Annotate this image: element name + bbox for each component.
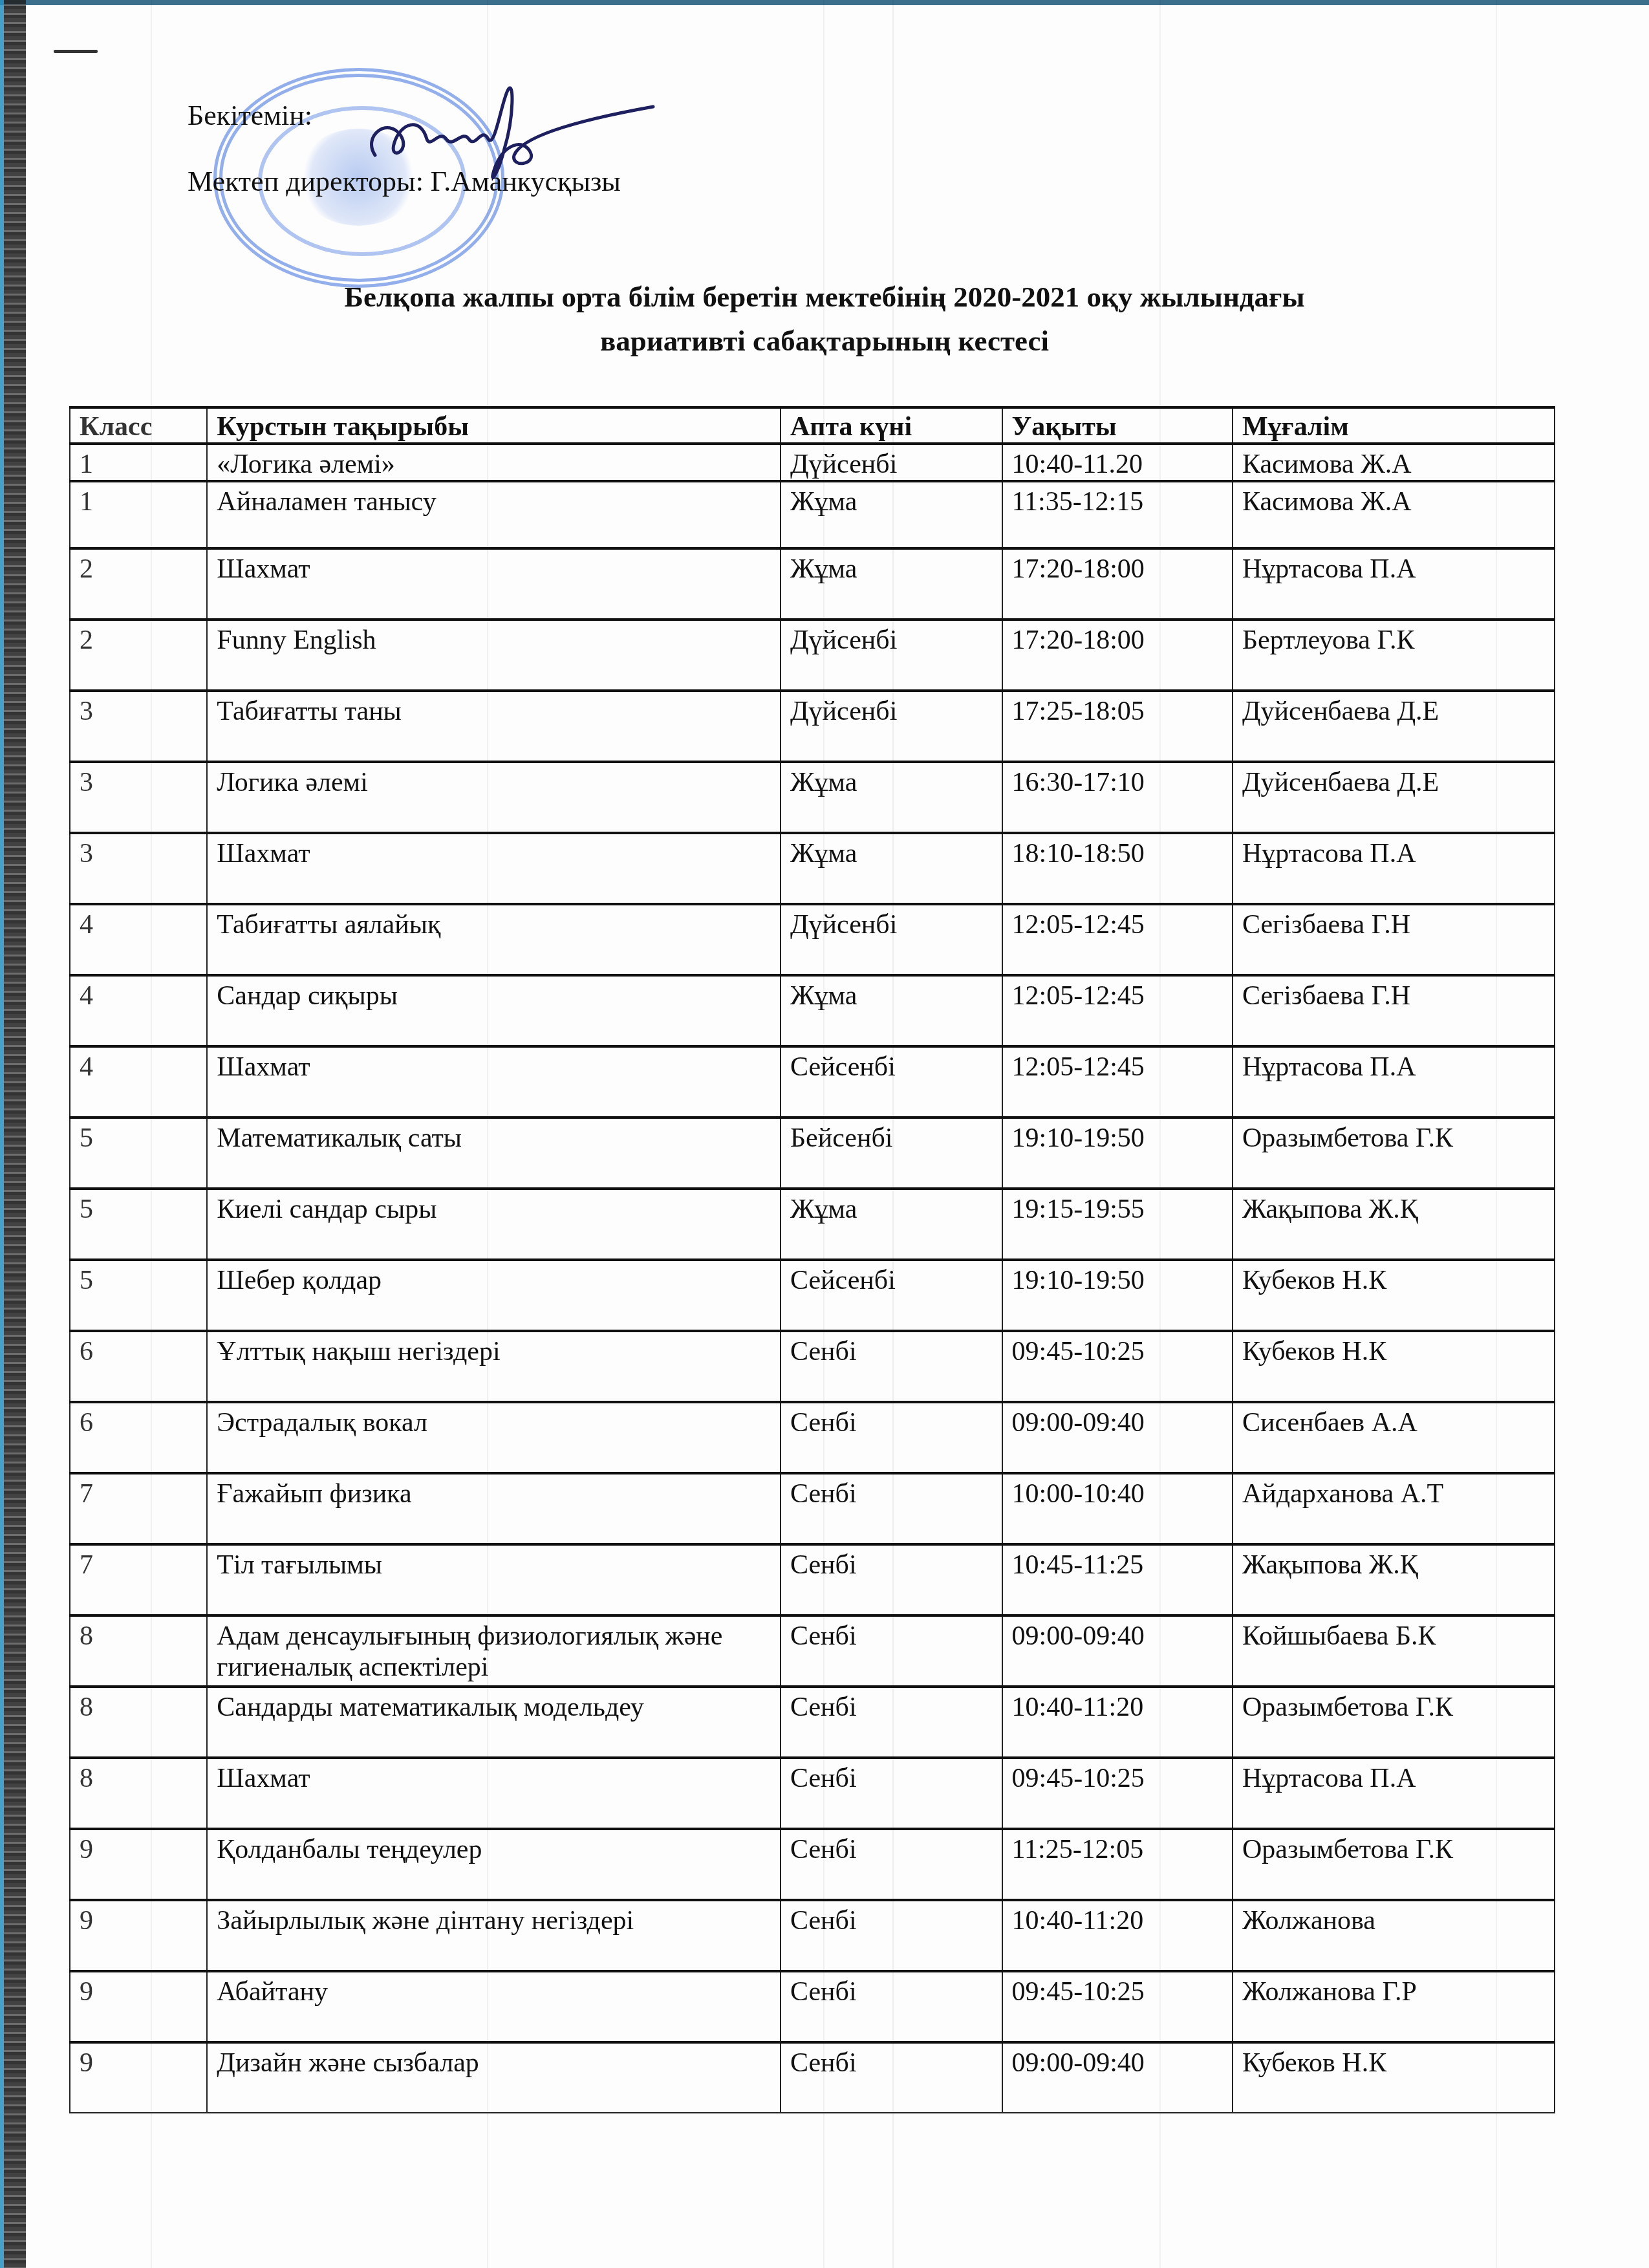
cell-topic: Адам денсаулығының физиологиялық және ги… <box>207 1615 781 1687</box>
cell-day: Сейсенбі <box>781 1046 1002 1118</box>
table-row: 8Сандарды математикалық модельдеуСенбі10… <box>70 1687 1555 1758</box>
cell-topic: Шахмат <box>207 548 781 620</box>
cell-class: 2 <box>70 548 207 620</box>
table-row: 5Киелі сандар сырыЖұма19:15-19:55Жақыпов… <box>70 1189 1555 1260</box>
cell-class: 5 <box>70 1189 207 1260</box>
cell-day: Сенбі <box>781 1473 1002 1544</box>
table-row: 9Қолданбалы теңдеулерСенбі11:25-12:05Ора… <box>70 1829 1555 1900</box>
cell-time: 10:45-11:25 <box>1002 1544 1233 1615</box>
cell-teacher: Нұртасова П.А <box>1233 548 1555 620</box>
cell-teacher: Оразымбетова Г.К <box>1233 1687 1555 1758</box>
cell-class: 9 <box>70 1829 207 1900</box>
cell-teacher: Сисенбаев А.А <box>1233 1402 1555 1473</box>
cell-teacher: Кубеков Н.К <box>1233 1331 1555 1402</box>
cell-day: Сенбі <box>781 2042 1002 2113</box>
cell-time: 11:25-12:05 <box>1002 1829 1233 1900</box>
cell-topic: Ұлттық нақыш негіздері <box>207 1331 781 1402</box>
cell-topic: Киелі сандар сыры <box>207 1189 781 1260</box>
table-row: 4ШахматСейсенбі12:05-12:45Нұртасова П.А <box>70 1046 1555 1118</box>
cell-topic: Шебер қолдар <box>207 1260 781 1331</box>
cell-class: 7 <box>70 1544 207 1615</box>
cell-teacher: Дуйсенбаева Д.Е <box>1233 691 1555 762</box>
title-line-1: Белқопа жалпы орта білім беретін мектебі… <box>0 275 1649 319</box>
cell-class: 8 <box>70 1687 207 1758</box>
cell-time: 10:40-11.20 <box>1002 444 1233 481</box>
cell-day: Сенбі <box>781 1615 1002 1687</box>
cell-teacher: Жақыпова Ж.Қ <box>1233 1189 1555 1260</box>
cell-topic: Математикалық саты <box>207 1118 781 1189</box>
cell-class: 6 <box>70 1331 207 1402</box>
cell-class: 5 <box>70 1118 207 1189</box>
header-day: Апта күні <box>781 407 1002 444</box>
cell-day: Жұма <box>781 833 1002 904</box>
table-row: 9АбайтануСенбі09:45-10:25Жолжанова Г.Р <box>70 1971 1555 2042</box>
cell-teacher: Кубеков Н.К <box>1233 1260 1555 1331</box>
table-row: 4Табиғатты аялайықДүйсенбі12:05-12:45Сег… <box>70 904 1555 975</box>
cell-day: Жұма <box>781 762 1002 833</box>
cell-class: 6 <box>70 1402 207 1473</box>
cell-time: 10:40-11:20 <box>1002 1900 1233 1971</box>
cell-class: 4 <box>70 975 207 1046</box>
table-row: 8Адам денсаулығының физиологиялық және г… <box>70 1615 1555 1687</box>
signature-icon <box>349 78 673 194</box>
cell-time: 17:25-18:05 <box>1002 691 1233 762</box>
cell-class: 7 <box>70 1473 207 1544</box>
cell-time: 09:45-10:25 <box>1002 1971 1233 2042</box>
cell-day: Сенбі <box>781 1829 1002 1900</box>
table-row: 7Ғажайып физикаСенбі10:00-10:40Айдархано… <box>70 1473 1555 1544</box>
cell-topic: Логика әлемі <box>207 762 781 833</box>
cell-topic: Айналамен танысу <box>207 481 781 548</box>
cell-teacher: Жолжанова <box>1233 1900 1555 1971</box>
cell-topic: Сандар сиқыры <box>207 975 781 1046</box>
cell-day: Жұма <box>781 548 1002 620</box>
cell-topic: Шахмат <box>207 833 781 904</box>
table-row: 5Математикалық сатыБейсенбі19:10-19:50Ор… <box>70 1118 1555 1189</box>
cell-teacher: Жақыпова Ж.Қ <box>1233 1544 1555 1615</box>
cell-day: Жұма <box>781 975 1002 1046</box>
cell-day: Бейсенбі <box>781 1118 1002 1189</box>
cell-class: 4 <box>70 904 207 975</box>
cell-class: 4 <box>70 1046 207 1118</box>
cell-time: 19:10-19:50 <box>1002 1260 1233 1331</box>
cell-class: 3 <box>70 833 207 904</box>
table-row: 8ШахматСенбі09:45-10:25Нұртасова П.А <box>70 1758 1555 1829</box>
cell-class: 9 <box>70 1971 207 2042</box>
cell-day: Жұма <box>781 1189 1002 1260</box>
cell-teacher: Касимова Ж.А <box>1233 481 1555 548</box>
cell-time: 19:10-19:50 <box>1002 1118 1233 1189</box>
table-row: 3Табиғатты таныДүйсенбі17:25-18:05Дуйсен… <box>70 691 1555 762</box>
title-line-2: вариативті сабақтарының кестесі <box>0 319 1649 363</box>
cell-time: 11:35-12:15 <box>1002 481 1233 548</box>
header-teacher: Мұғалім <box>1233 407 1555 444</box>
cell-topic: Шахмат <box>207 1046 781 1118</box>
cell-topic: Зайырлылық және дінтану негіздері <box>207 1900 781 1971</box>
table-row: 2ШахматЖұма17:20-18:00Нұртасова П.А <box>70 548 1555 620</box>
cell-class: 1 <box>70 444 207 481</box>
cell-topic: Тіл тағылымы <box>207 1544 781 1615</box>
cell-teacher: Нұртасова П.А <box>1233 833 1555 904</box>
cell-time: 09:00-09:40 <box>1002 1402 1233 1473</box>
cell-teacher: Касимова Ж.А <box>1233 444 1555 481</box>
cell-time: 09:45-10:25 <box>1002 1331 1233 1402</box>
cell-time: 17:20-18:00 <box>1002 620 1233 691</box>
cell-topic: Табиғатты таны <box>207 691 781 762</box>
cell-day: Сенбі <box>781 1331 1002 1402</box>
table-row: 4Сандар сиқырыЖұма12:05-12:45Сегізбаева … <box>70 975 1555 1046</box>
cell-teacher: Дуйсенбаева Д.Е <box>1233 762 1555 833</box>
header-time: Уақыты <box>1002 407 1233 444</box>
table-row: 1«Логика әлемі»Дүйсенбі10:40-11.20Касимо… <box>70 444 1555 481</box>
cell-topic: Funny English <box>207 620 781 691</box>
cell-class: 5 <box>70 1260 207 1331</box>
cell-teacher: Жолжанова Г.Р <box>1233 1971 1555 2042</box>
cell-topic: Дизайн және сызбалар <box>207 2042 781 2113</box>
cell-day: Сейсенбі <box>781 1260 1002 1331</box>
cell-time: 10:00-10:40 <box>1002 1473 1233 1544</box>
cell-day: Сенбі <box>781 1402 1002 1473</box>
cell-day: Дүйсенбі <box>781 620 1002 691</box>
schedule-table: Класс Курстын тақырыбы Апта күні Уақыты … <box>69 406 1555 2113</box>
cell-teacher: Оразымбетова Г.К <box>1233 1829 1555 1900</box>
cell-class: 3 <box>70 691 207 762</box>
cell-teacher: Айдарханова А.Т <box>1233 1473 1555 1544</box>
schedule-body: 1«Логика әлемі»Дүйсенбі10:40-11.20Касимо… <box>70 444 1555 2113</box>
header-class: Класс <box>70 407 207 444</box>
cell-topic: Табиғатты аялайық <box>207 904 781 975</box>
table-row: 3ШахматЖұма18:10-18:50Нұртасова П.А <box>70 833 1555 904</box>
cell-day: Сенбі <box>781 1687 1002 1758</box>
cell-day: Жұма <box>781 481 1002 548</box>
table-row: 9Дизайн және сызбаларСенбі09:00-09:40Куб… <box>70 2042 1555 2113</box>
table-row: 3Логика әлеміЖұма16:30-17:10Дуйсенбаева … <box>70 762 1555 833</box>
cell-class: 9 <box>70 2042 207 2113</box>
cell-class: 1 <box>70 481 207 548</box>
cell-day: Дүйсенбі <box>781 691 1002 762</box>
cell-class: 8 <box>70 1758 207 1829</box>
scan-top-edge <box>0 0 1649 5</box>
table-header-row: Класс Курстын тақырыбы Апта күні Уақыты … <box>70 407 1555 444</box>
cell-teacher: Сегізбаева Г.Н <box>1233 904 1555 975</box>
cell-teacher: Нұртасова П.А <box>1233 1046 1555 1118</box>
cell-day: Сенбі <box>781 1971 1002 2042</box>
cell-topic: Қолданбалы теңдеулер <box>207 1829 781 1900</box>
cell-day: Дүйсенбі <box>781 444 1002 481</box>
cell-teacher: Сегізбаева Г.Н <box>1233 975 1555 1046</box>
cell-time: 12:05-12:45 <box>1002 975 1233 1046</box>
cell-day: Сенбі <box>781 1544 1002 1615</box>
cell-teacher: Кубеков Н.К <box>1233 2042 1555 2113</box>
cell-time: 17:20-18:00 <box>1002 548 1233 620</box>
cell-time: 18:10-18:50 <box>1002 833 1233 904</box>
cell-time: 19:15-19:55 <box>1002 1189 1233 1260</box>
cell-time: 09:45-10:25 <box>1002 1758 1233 1829</box>
table-row: 7Тіл тағылымыСенбі10:45-11:25Жақыпова Ж.… <box>70 1544 1555 1615</box>
table-row: 5Шебер қолдарСейсенбі19:10-19:50Кубеков … <box>70 1260 1555 1331</box>
cell-time: 10:40-11:20 <box>1002 1687 1233 1758</box>
dash-mark <box>54 50 98 53</box>
table-row: 1Айналамен танысуЖұма11:35-12:15Касимова… <box>70 481 1555 548</box>
cell-time: 09:00-09:40 <box>1002 2042 1233 2113</box>
cell-teacher: Бертлеуова Г.К <box>1233 620 1555 691</box>
cell-class: 8 <box>70 1615 207 1687</box>
document-title: Белқопа жалпы орта білім беретін мектебі… <box>0 275 1649 363</box>
cell-teacher: Оразымбетова Г.К <box>1233 1118 1555 1189</box>
cell-topic: Ғажайып физика <box>207 1473 781 1544</box>
cell-time: 09:00-09:40 <box>1002 1615 1233 1687</box>
cell-topic: «Логика әлемі» <box>207 444 781 481</box>
cell-day: Дүйсенбі <box>781 904 1002 975</box>
cell-class: 9 <box>70 1900 207 1971</box>
cell-time: 16:30-17:10 <box>1002 762 1233 833</box>
table-row: 2Funny EnglishДүйсенбі17:20-18:00Бертлеу… <box>70 620 1555 691</box>
cell-time: 12:05-12:45 <box>1002 1046 1233 1118</box>
table-row: 6Ұлттық нақыш негіздеріСенбі09:45-10:25К… <box>70 1331 1555 1402</box>
cell-day: Сенбі <box>781 1900 1002 1971</box>
cell-topic: Абайтану <box>207 1971 781 2042</box>
cell-day: Сенбі <box>781 1758 1002 1829</box>
cell-teacher: Нұртасова П.А <box>1233 1758 1555 1829</box>
cell-topic: Эстрадалық вокал <box>207 1402 781 1473</box>
header-topic: Курстын тақырыбы <box>207 407 781 444</box>
cell-class: 2 <box>70 620 207 691</box>
cell-topic: Сандарды математикалық модельдеу <box>207 1687 781 1758</box>
cell-class: 3 <box>70 762 207 833</box>
table-row: 6Эстрадалық вокалСенбі09:00-09:40Сисенба… <box>70 1402 1555 1473</box>
cell-teacher: Койшыбаева Б.К <box>1233 1615 1555 1687</box>
cell-time: 12:05-12:45 <box>1002 904 1233 975</box>
cell-topic: Шахмат <box>207 1758 781 1829</box>
table-row: 9Зайырлылық және дінтану негіздеріСенбі1… <box>70 1900 1555 1971</box>
